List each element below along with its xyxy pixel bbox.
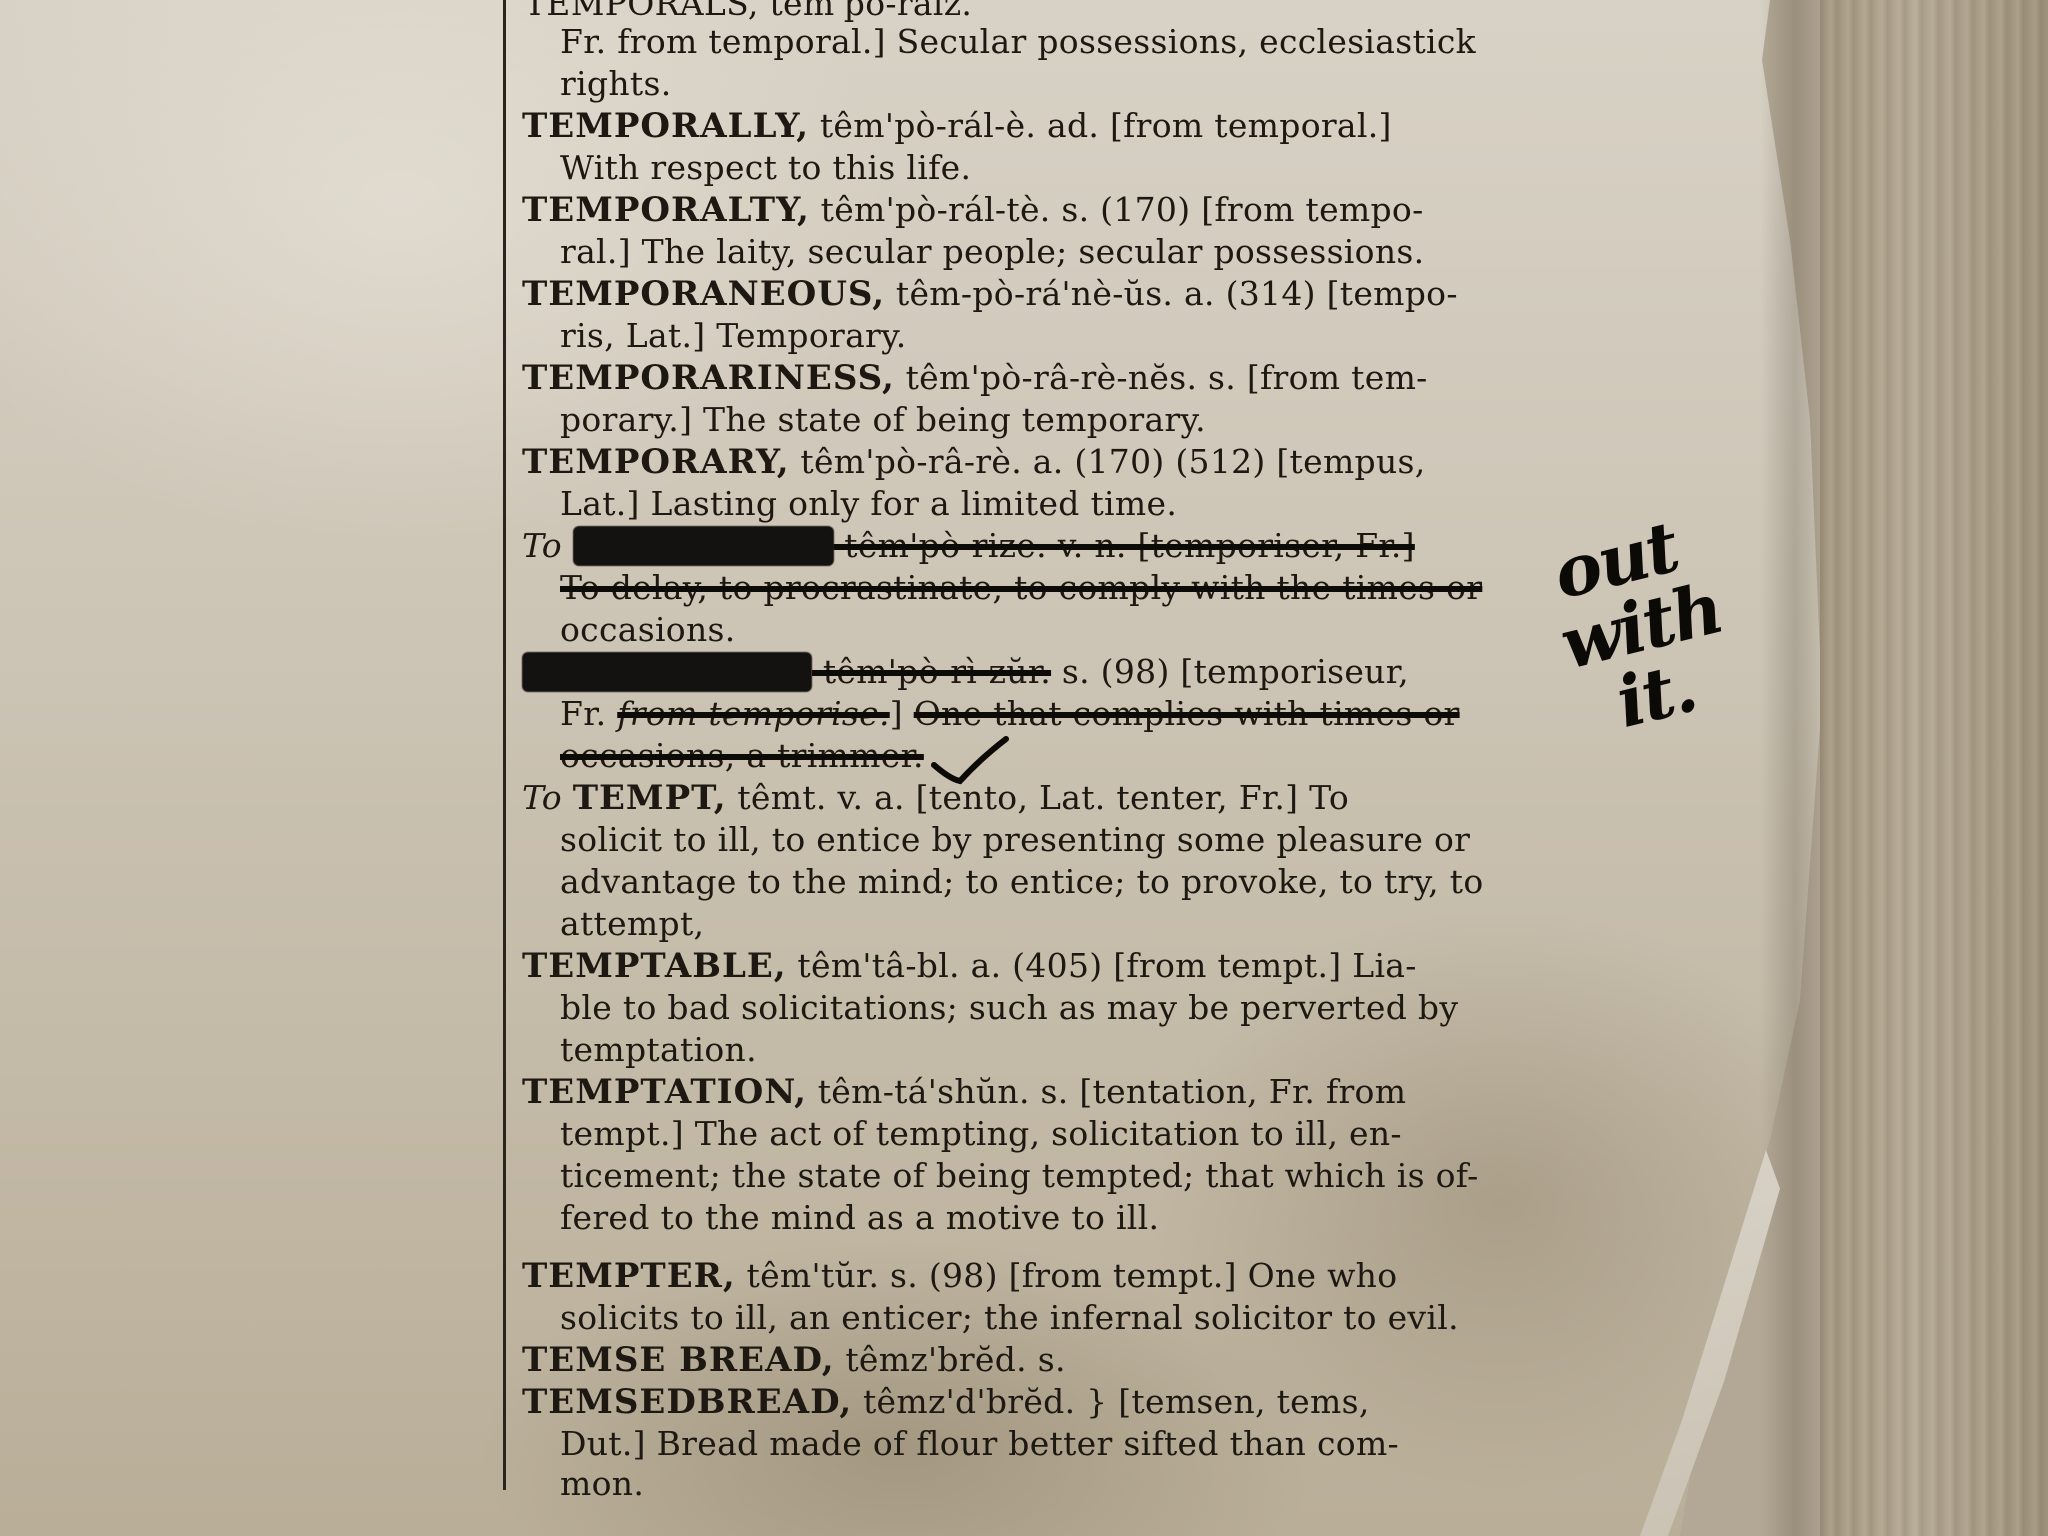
headword: TEMPORARY,	[522, 442, 790, 482]
definition-line: ris, Lat.] Temporary.	[560, 316, 906, 356]
headword: TEMPORALTY,	[522, 190, 810, 230]
redaction-mark: TEMPORIZER,	[522, 652, 812, 692]
definition-line: fered to the mind as a motive to ill.	[560, 1198, 1159, 1238]
definition-line: porary.] The state of being temporary.	[560, 400, 1206, 440]
definition-line: advantage to the mind; to entice; to pro…	[560, 862, 1484, 902]
headword: TEMSE BREAD,	[522, 1340, 835, 1380]
redaction-mark: TEMPORIZE,	[573, 526, 834, 566]
headword: TEMSEDBREAD,	[522, 1382, 852, 1422]
column-divider	[503, 0, 506, 1490]
entry-tempter: TEMPTER, têm'tŭr. s. (98) [from tempt.] …	[522, 1256, 1397, 1296]
headword: TEMPORALLY,	[522, 106, 809, 146]
definition-line: solicit to ill, to entice by presenting …	[560, 820, 1470, 860]
photo-scene: ay; to count, to number; to d. e an acco…	[0, 0, 2048, 1536]
headword: TEMPORARINESS,	[522, 358, 895, 398]
definition-line: With respect to this life.	[560, 148, 971, 188]
definition-line: tempt.] The act of tempting, solicitatio…	[560, 1114, 1402, 1154]
entry-temporary: TEMPORARY, têm'pò-râ-rè. a. (170) (512) …	[522, 442, 1426, 482]
definition-line: occasions.	[560, 610, 736, 650]
definition-line: ticement; the state of being tempted; th…	[560, 1156, 1479, 1196]
definition-line: ral.] The laity, secular people; secular…	[560, 232, 1424, 272]
headword: TEMPTER,	[522, 1256, 736, 1296]
definition-line: solicits to ill, an enticer; the inferna…	[560, 1298, 1459, 1338]
definition-line: Fr. from temporise.] One that complies w…	[560, 694, 1460, 734]
definition-line: Dut.] Bread made of flour better sifted …	[560, 1424, 1399, 1464]
struck-definition-line: To delay, to procrastinate, to comply wi…	[560, 568, 1482, 608]
definition-line: ble to bad solicitations; such as may be…	[560, 988, 1458, 1028]
checkmark-icon	[930, 735, 1010, 785]
definition-line: temptation.	[560, 1030, 757, 1070]
headword: TEMPORANEOUS,	[522, 274, 885, 314]
headword: TEMPTATION,	[522, 1072, 807, 1112]
page-edge-shadow	[1760, 0, 1830, 1536]
definition-line: attempt,	[560, 904, 704, 944]
entry-temporally: TEMPORALLY, têm'pò-rál-è. ad. [from temp…	[522, 106, 1392, 146]
entry-temporizer-redacted: TEMPORIZER, têm'pò-rì-zŭr. s. (98) [temp…	[522, 652, 1409, 692]
entry-temptable: TEMPTABLE, têm'tâ-bl. a. (405) [from tem…	[522, 946, 1417, 986]
entry-temsedbread: TEMSEDBREAD, têmz'd'brĕd. } [temsen, tem…	[522, 1382, 1370, 1422]
entry-temporalty: TEMPORALTY, têm'pò-rál-tè. s. (170) [fro…	[522, 190, 1424, 230]
entry-temse-bread: TEMSE BREAD, têmz'brĕd. s.	[522, 1340, 1066, 1380]
headword: TEMPTABLE,	[522, 946, 787, 986]
definition-line: Fr. from temporal.] Secular possessions,…	[560, 22, 1476, 62]
struck-definition-line: occasions, a trimmer.	[560, 736, 924, 776]
definition-line: Lat.] Lasting only for a limited time.	[560, 484, 1177, 524]
entry-temporals: TEMPORALS, têm'pò-rálz.	[524, 0, 972, 24]
entry-temporariness: TEMPORARINESS, têm'pò-râ-rè-nĕs. s. [fro…	[522, 358, 1428, 398]
book-binding-edge	[1820, 0, 2048, 1536]
definition-line: rights.	[560, 64, 672, 104]
entry-temporaneous: TEMPORANEOUS, têm-pò-rá'nè-ŭs. a. (314) …	[522, 274, 1458, 314]
definition-line: mon.	[560, 1464, 644, 1504]
entry-temporize-redacted: To TEMPORIZE, têm'pò-rize. v. n. [tempor…	[522, 526, 1415, 566]
headword: TEMPT,	[573, 778, 727, 818]
entry-temptation: TEMPTATION, têm-tá'shŭn. s. [tentation, …	[522, 1072, 1406, 1112]
